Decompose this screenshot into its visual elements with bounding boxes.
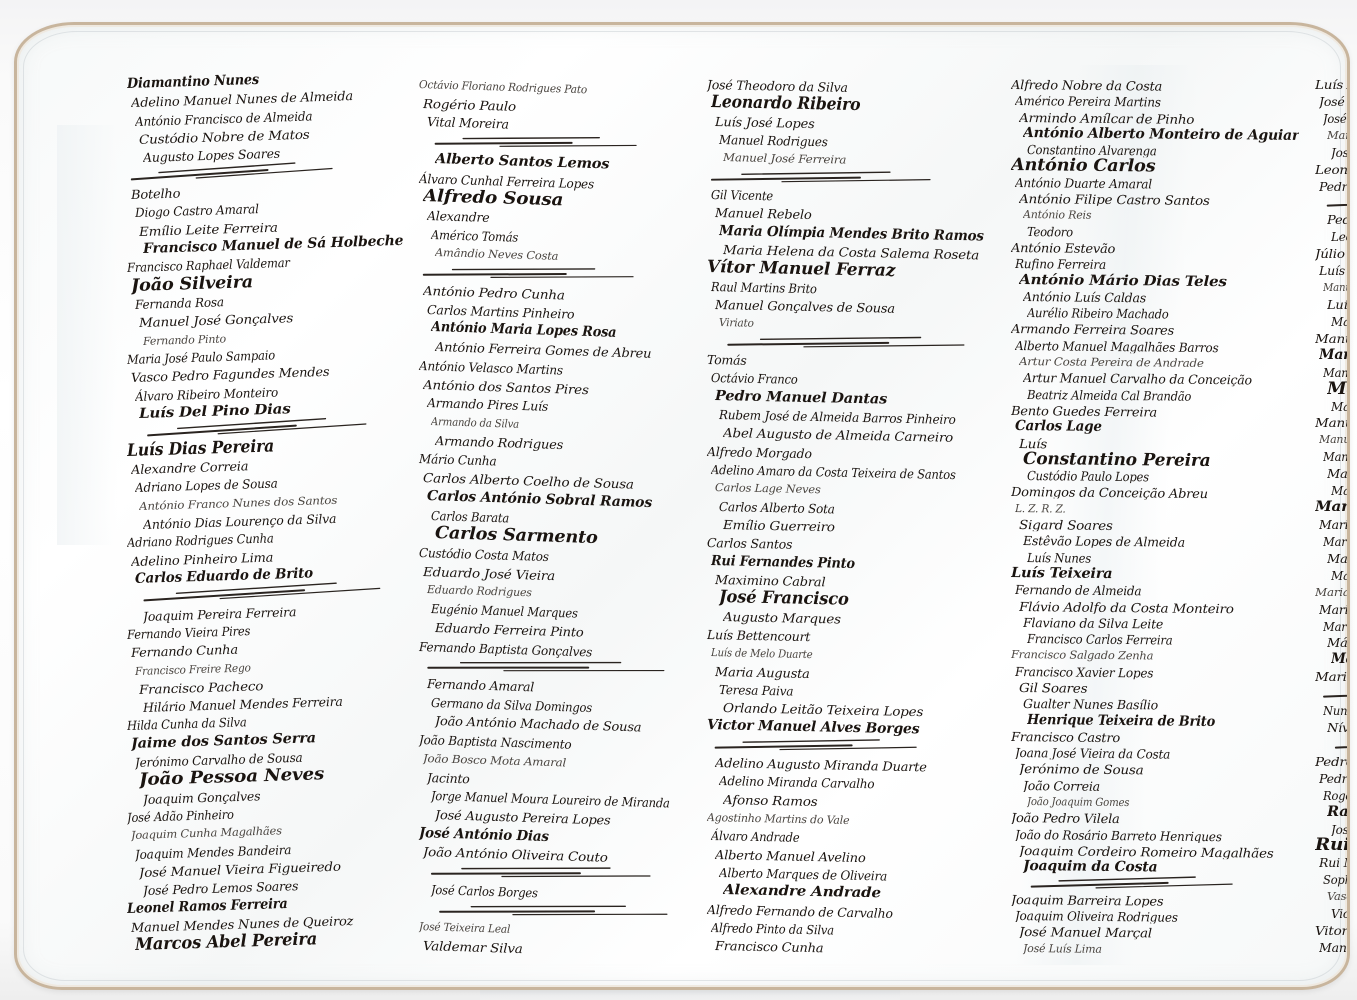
- signature: Leonor da Conceição Beleza Mendes: [1331, 227, 1350, 244]
- signature: José Luís Lima: [1023, 939, 1299, 958]
- signature: Manuel Alegre: [1331, 312, 1350, 329]
- signature: ~: [1319, 684, 1350, 701]
- signature: Raul Rego: [1327, 803, 1350, 820]
- signature: ~: [1323, 193, 1350, 210]
- signature: Luís Rosal: [1319, 261, 1350, 278]
- signature: Nívio Lima da Silva: [1327, 718, 1350, 735]
- signature-column-2: Octávio Floriano Rodrigues PatoRogério P…: [409, 75, 691, 955]
- signature: Pedro Lauro Sousa Ferreira: [1327, 210, 1350, 227]
- signature: Manuel Alves de Paiva: [1315, 329, 1350, 346]
- signature: Sophia de Mello Breyner Andresen: [1323, 870, 1350, 887]
- signature: Maria Rosa Gomes: [1315, 583, 1350, 600]
- signature: Manuel Dias: [1319, 938, 1350, 955]
- signature: Maria Fernanda Salgueiro Seita Paulo: [1323, 532, 1350, 549]
- signature: Pedro Francisco Lourenço Coelho: [1319, 177, 1350, 194]
- signature: Pedro Manuel Natal Paulo: [1319, 769, 1350, 786]
- signature: Nuno Teixeira: [1323, 701, 1350, 718]
- signature: Manuel Gonçalves Pereira: [1323, 363, 1350, 380]
- signature: Leonardo Mário: [1315, 160, 1350, 177]
- signature: Victor Ramos: [1331, 904, 1350, 921]
- light-reflection: [57, 125, 117, 545]
- signature: Manuel Correia: [1319, 430, 1350, 447]
- signature: Manuel Pereira Dias: [1323, 447, 1350, 464]
- signature: José Fernando Lopes: [1331, 143, 1350, 160]
- signature: Manuel dos Santos: [1327, 380, 1350, 397]
- signature: Manuel Oliveira: [1315, 413, 1350, 430]
- signature: Mário Sottomayor Cardia: [1331, 650, 1350, 667]
- signature: José Fernando Alexandre: [1319, 92, 1350, 109]
- signature: Vitorino Vieira Dias: [1315, 921, 1350, 938]
- porcelain-plate: Diamantino NunesAdelino Manuel Nunes de …: [14, 22, 1350, 990]
- signature: Rui Neto: [1319, 853, 1350, 870]
- signature: Maria Fernanda Veloso: [1319, 600, 1350, 617]
- signature: Maria do Pilar Barata: [1331, 566, 1350, 583]
- signature: Vasco Lourenço: [1327, 887, 1350, 904]
- signature: Maria de Assunção Vieira: [1331, 481, 1350, 498]
- photo-scene: Diamantino NunesAdelino Manuel Nunes de …: [0, 0, 1357, 1000]
- signature: Maria Fernanda Rocha Pinto: [1315, 498, 1350, 515]
- signature: Mário Soares: [1327, 633, 1350, 650]
- signature: Rogério Coelho Machado: [1323, 786, 1350, 803]
- signature: Manuel: [1323, 278, 1350, 295]
- signature: Maria Lurdes Pintasilgo Correia: [1315, 667, 1350, 684]
- signature: Maria Guiomar Valente Bentham: [1323, 617, 1350, 634]
- signature: Maria Graça Gomes: [1319, 346, 1350, 363]
- signature: José Luís do Amaral Nunes: [1323, 109, 1350, 126]
- signature-column-3: José Theodoro da SilvaLeonardo RibeiroLu…: [697, 75, 995, 955]
- signature-columns: Diamantino NunesAdelino Manuel Nunes de …: [117, 75, 1317, 955]
- signature: Manuel Tavares Alves: [1331, 397, 1350, 414]
- signature: Maria Helena Carvalho Martins: [1327, 549, 1350, 566]
- signature: Júlio Neves: [1315, 244, 1350, 261]
- signature: Rui Amaral: [1315, 836, 1350, 853]
- signature: Pedro Coutinho: [1315, 752, 1350, 769]
- signature: Luís Augusto Pereira Coutinho: [1315, 75, 1350, 92]
- signature: Luís Costa Ferreira: [1327, 295, 1350, 312]
- signature: ~: [1331, 735, 1350, 752]
- signature: Manuel Alves Avelino: [1327, 126, 1350, 143]
- signature: José Alves Pereira: [1331, 820, 1350, 837]
- signature: Maria da Piedade Dias: [1319, 515, 1350, 532]
- signature: Manuel de Sousa Ramos: [1327, 464, 1350, 481]
- signature-column-1: Diamantino NunesAdelino Manuel Nunes de …: [117, 75, 403, 955]
- signature-column-4: Alfredo Nobre da CostaAmérico Pereira Ma…: [1001, 75, 1299, 955]
